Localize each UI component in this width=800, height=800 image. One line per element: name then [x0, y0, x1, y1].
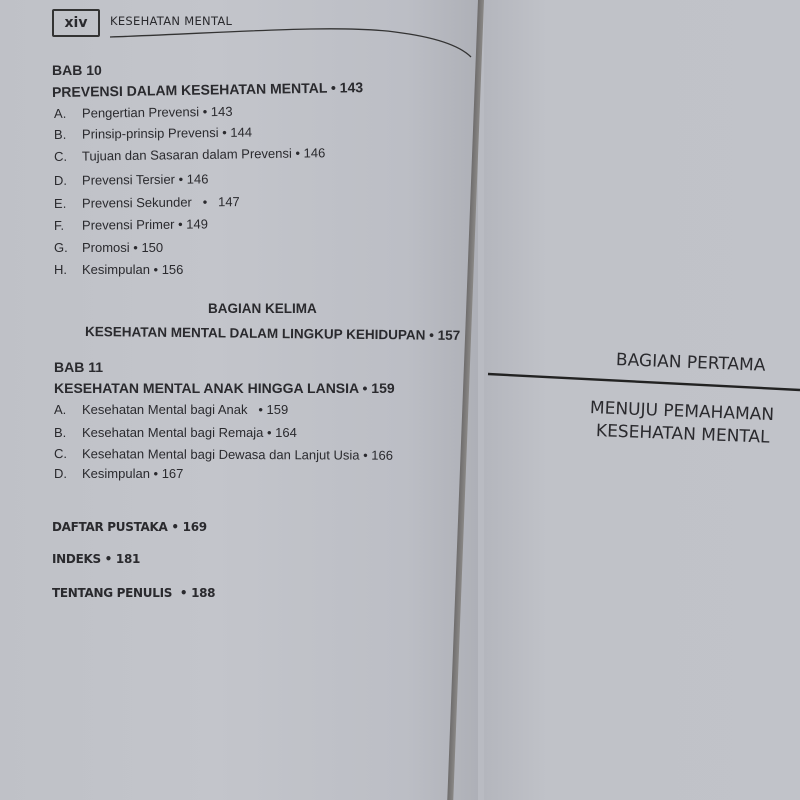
toc-entry: H.Kesimpulan • 156	[54, 262, 183, 277]
part-opener-title-line2: KESEHATAN MENTAL	[596, 421, 770, 448]
toc-entry: A.Pengertian Prevensi • 143	[54, 104, 233, 121]
chapter-title-10: PREVENSI DALAM KESEHATAN MENTAL • 143	[52, 79, 363, 100]
header-rule	[105, 26, 475, 60]
back-matter-index: INDEKS • 181	[52, 552, 140, 566]
toc-entry: B.Kesehatan Mental bagi Remaja • 164	[54, 425, 297, 440]
toc-entry: D.Kesimpulan • 167	[54, 466, 183, 481]
toc-entry: A.Kesehatan Mental bagi Anak • 159	[54, 402, 288, 417]
back-matter-bibliography: DAFTAR PUSTAKA • 169	[52, 520, 207, 534]
toc-entry: C.Tujuan dan Sasaran dalam Prevensi • 14…	[54, 145, 325, 164]
toc-entry: F.Prevensi Primer • 149	[54, 216, 208, 233]
part-label: BAGIAN KELIMA	[208, 301, 317, 316]
part-title: KESEHATAN MENTAL DALAM LINGKUP KEHIDUPAN…	[85, 324, 460, 343]
toc-entry: C.Kesehatan Mental bagi Dewasa dan Lanju…	[54, 446, 393, 463]
chapter-number-11: BAB 11	[54, 359, 103, 375]
left-page-table-of-contents: xiv KESEHATAN MENTAL BAB 10 PREVENSI DAL…	[0, 0, 478, 800]
toc-entry: G.Promosi • 150	[54, 240, 163, 255]
toc-entry: E.Prevensi Sekunder • 147	[54, 194, 240, 211]
toc-entry: B.Prinsip-prinsip Prevensi • 144	[54, 125, 252, 142]
back-matter-author: TENTANG PENULIS • 188	[52, 586, 215, 600]
toc-entry: D.Prevensi Tersier • 146	[54, 171, 209, 188]
chapter-number-10: BAB 10	[52, 62, 102, 78]
part-opener-rule	[484, 366, 800, 396]
right-page-part-opener: BAGIAN PERTAMA MENUJU PEMAHAMAN KESEHATA…	[484, 0, 800, 800]
chapter-title-11: KESEHATAN MENTAL ANAK HINGGA LANSIA • 15…	[54, 380, 395, 396]
page-number: xiv	[52, 9, 100, 37]
